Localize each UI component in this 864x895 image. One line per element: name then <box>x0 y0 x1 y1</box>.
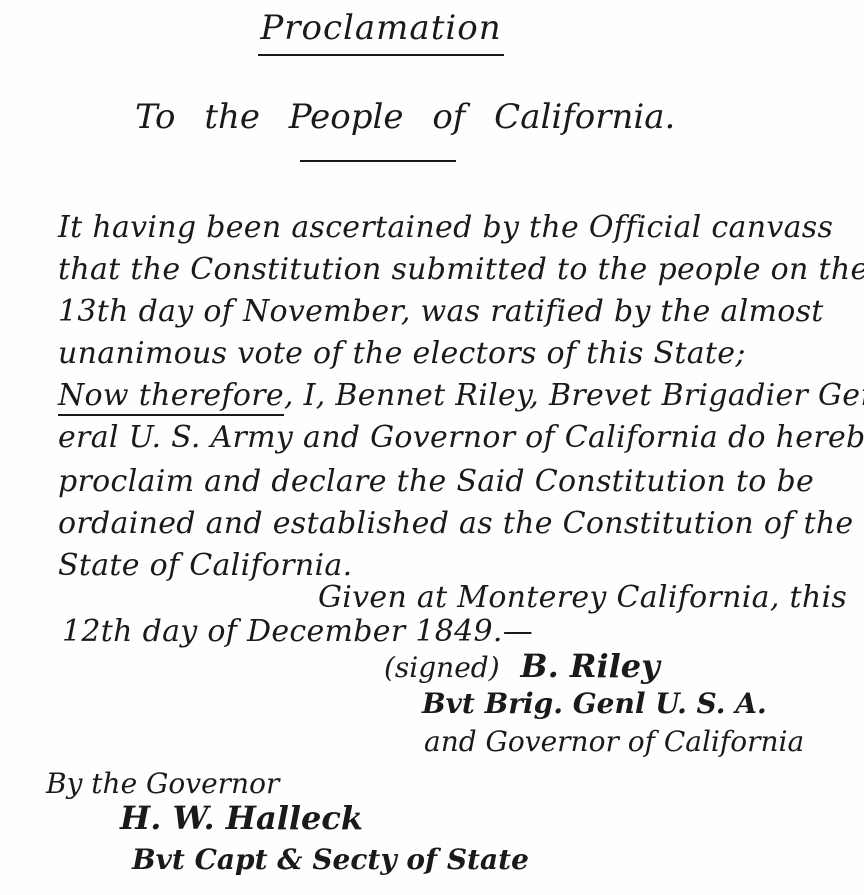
body-line-continuation: , I, Bennet Riley, Brevet Brigadier Gen- <box>284 378 864 413</box>
body-line: proclaim and declare the Said Constituti… <box>58 462 814 502</box>
body-line: It having been ascertained by the Offici… <box>58 208 833 248</box>
attestation-by-line: By the Governor <box>46 766 279 802</box>
attester-title: Bvt Capt & Secty of State <box>132 842 529 878</box>
body-line: Now therefore, I, Bennet Riley, Brevet B… <box>58 376 864 416</box>
body-line: 13th day of November, was ratified by th… <box>58 292 824 332</box>
date-line: 12th day of December 1849.— <box>62 612 533 652</box>
document-title: Proclamation <box>258 6 504 50</box>
now-therefore-phrase: Now therefore <box>58 378 284 416</box>
body-line: unanimous vote of the electors of this S… <box>58 334 746 374</box>
signed-label: (signed) <box>384 651 500 684</box>
document-subtitle: To the People of California. <box>135 92 735 142</box>
attester-name: H. W. Halleck <box>120 800 363 836</box>
signed-line: (signed) B. Riley <box>384 648 660 686</box>
title-underline <box>258 54 504 56</box>
body-line: ordained and established as the Constitu… <box>58 504 854 544</box>
subtitle-divider <box>300 160 456 162</box>
body-line: State of California. <box>58 546 352 586</box>
body-line: eral U. S. Army and Governor of Californ… <box>58 418 864 458</box>
signer-rank: Bvt Brig. Genl U. S. A. <box>422 686 767 722</box>
signer-office: and Governor of California <box>424 724 804 760</box>
signer-name: B. Riley <box>521 647 660 685</box>
document-page: Proclamation To the People of California… <box>0 0 864 895</box>
body-line: that the Constitution submitted to the p… <box>58 250 864 290</box>
